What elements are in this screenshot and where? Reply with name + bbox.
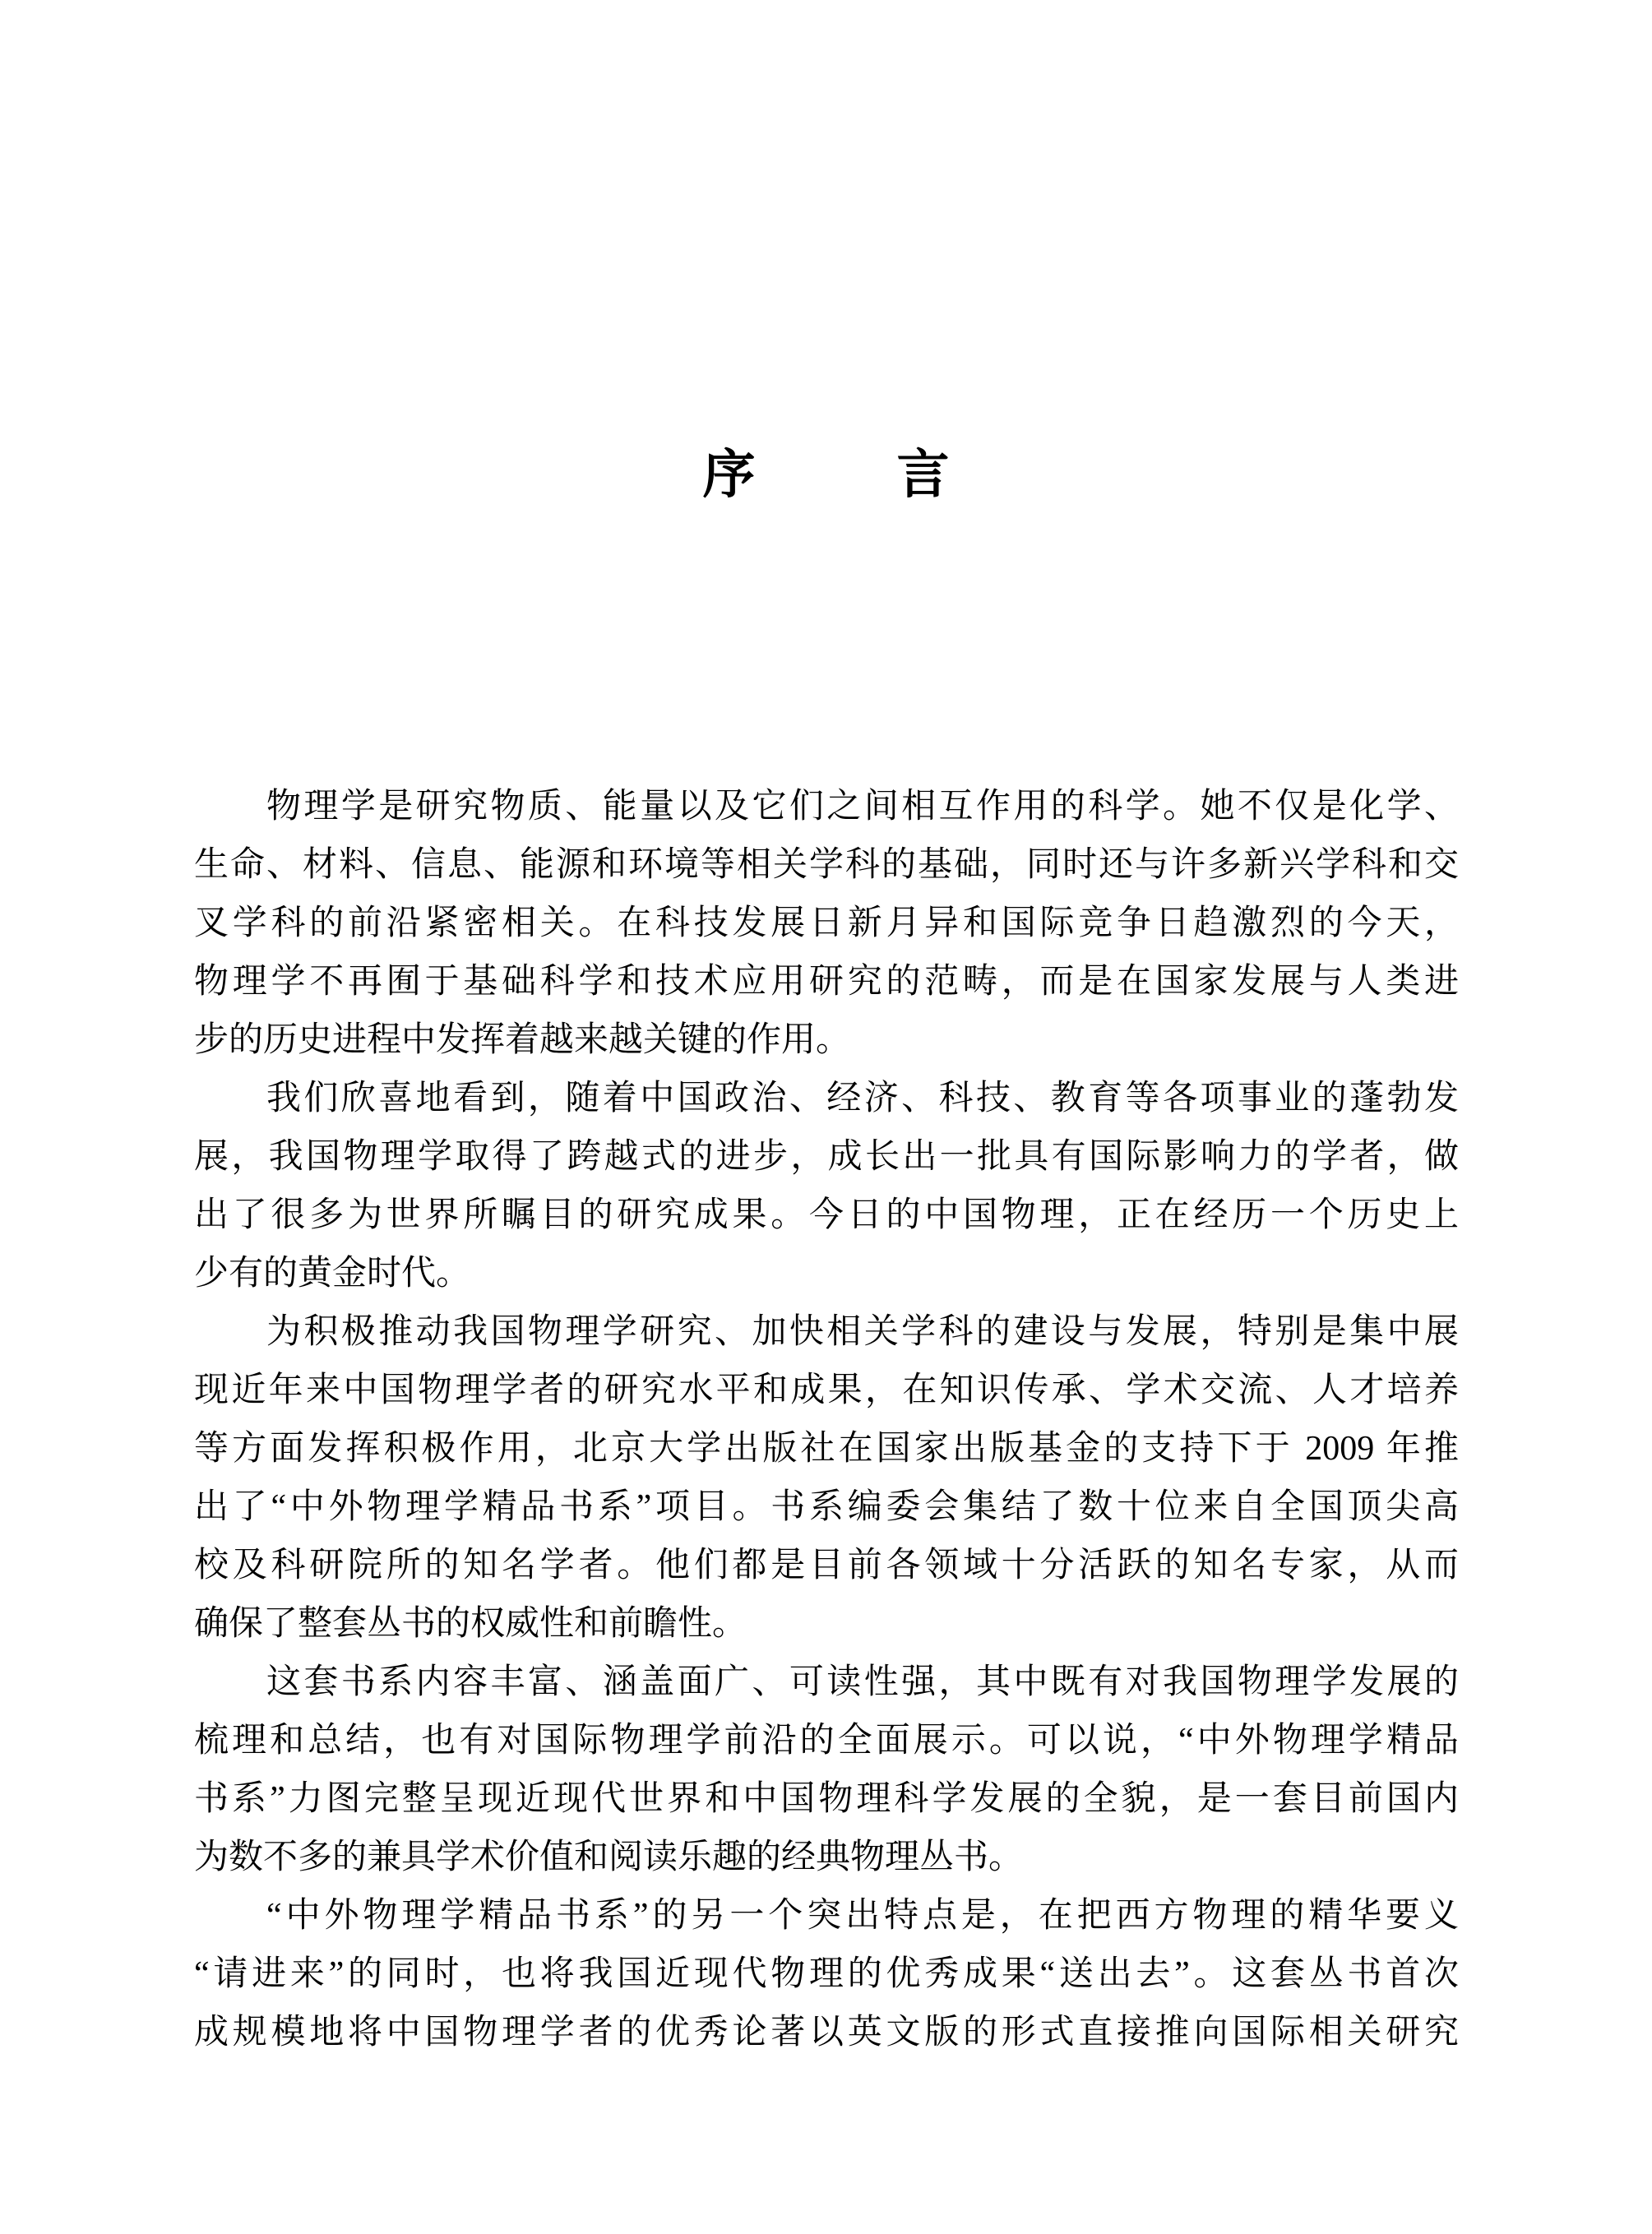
- paragraph: 这套书系内容丰富、涵盖面广、可读性强，其中既有对我国物理学发展的梳理和总结，也有…: [194, 1654, 1459, 1887]
- text-line: 出了很多为世界所瞩目的研究成果。今日的中国物理，正在经历一个历史上: [194, 1186, 1459, 1245]
- text-line: 物理学是研究物质、能量以及它们之间相互作用的科学。她不仅是化学、: [194, 778, 1459, 836]
- text-line: 现近年来中国物理学者的研究水平和成果，在知识传承、学术交流、人才培养: [194, 1362, 1459, 1420]
- paragraph: 为积极推动我国物理学研究、加快相关学科的建设与发展，特别是集中展现近年来中国物理…: [194, 1303, 1459, 1654]
- text-line: 出了“中外物理学精品书系”项目。书系编委会集结了数十位来自全国顶尖高: [194, 1478, 1459, 1537]
- text-line: 校及科研院所的知名学者。他们都是目前各领域十分活跃的知名专家，从而: [194, 1537, 1459, 1595]
- title-char-first: 序: [703, 444, 756, 507]
- text-line: 书系”力图完整呈现近现代世界和中国物理科学发展的全貌，是一套目前国内: [194, 1770, 1459, 1829]
- text-line: 少有的黄金时代。: [194, 1245, 1459, 1303]
- paragraph: 我们欣喜地看到，随着中国政治、经济、科技、教育等各项事业的蓬勃发展，我国物理学取…: [194, 1070, 1459, 1303]
- book-page: 序 言 物理学是研究物质、能量以及它们之间相互作用的科学。她不仅是化学、生命、材…: [0, 0, 1652, 2234]
- text-line: “请进来”的同时，也将我国近现代物理的优秀成果“送出去”。这套丛书首次: [194, 1945, 1459, 2004]
- preface-title: 序 言: [0, 444, 1652, 507]
- text-line: 为积极推动我国物理学研究、加快相关学科的建设与发展，特别是集中展: [194, 1303, 1459, 1362]
- text-line: 叉学科的前沿紧密相关。在科技发展日新月异和国际竞争日趋激烈的今天，: [194, 895, 1459, 953]
- text-line: 梳理和总结，也有对国际物理学前沿的全面展示。可以说，“中外物理学精品: [194, 1712, 1459, 1770]
- text-line: 步的历史进程中发挥着越来越关键的作用。: [194, 1011, 1459, 1070]
- text-line: 成规模地将中国物理学者的优秀论著以英文版的形式直接推向国际相关研究: [194, 2004, 1459, 2062]
- text-line: 展，我国物理学取得了跨越式的进步，成长出一批具有国际影响力的学者，做: [194, 1128, 1459, 1186]
- text-line: 等方面发挥积极作用，北京大学出版社在国家出版基金的支持下于 2009 年推: [194, 1420, 1459, 1478]
- text-line: 物理学不再囿于基础科学和技术应用研究的范畴，而是在国家发展与人类进: [194, 953, 1459, 1011]
- text-line: 生命、材料、信息、能源和环境等相关学科的基础，同时还与许多新兴学科和交: [194, 836, 1459, 895]
- text-line: 为数不多的兼具学术价值和阅读乐趣的经典物理丛书。: [194, 1829, 1459, 1887]
- text-line: 这套书系内容丰富、涵盖面广、可读性强，其中既有对我国物理学发展的: [194, 1654, 1459, 1712]
- text-line: 确保了整套丛书的权威性和前瞻性。: [194, 1595, 1459, 1654]
- preface-body: 物理学是研究物质、能量以及它们之间相互作用的科学。她不仅是化学、生命、材料、信息…: [194, 778, 1459, 2062]
- paragraph: 物理学是研究物质、能量以及它们之间相互作用的科学。她不仅是化学、生命、材料、信息…: [194, 778, 1459, 1070]
- text-line: “中外物理学精品书系”的另一个突出特点是，在把西方物理的精华要义: [194, 1887, 1459, 1945]
- text-line: 我们欣喜地看到，随着中国政治、经济、科技、教育等各项事业的蓬勃发: [194, 1070, 1459, 1128]
- title-char-second: 言: [897, 444, 950, 507]
- paragraph: “中外物理学精品书系”的另一个突出特点是，在把西方物理的精华要义“请进来”的同时…: [194, 1887, 1459, 2062]
